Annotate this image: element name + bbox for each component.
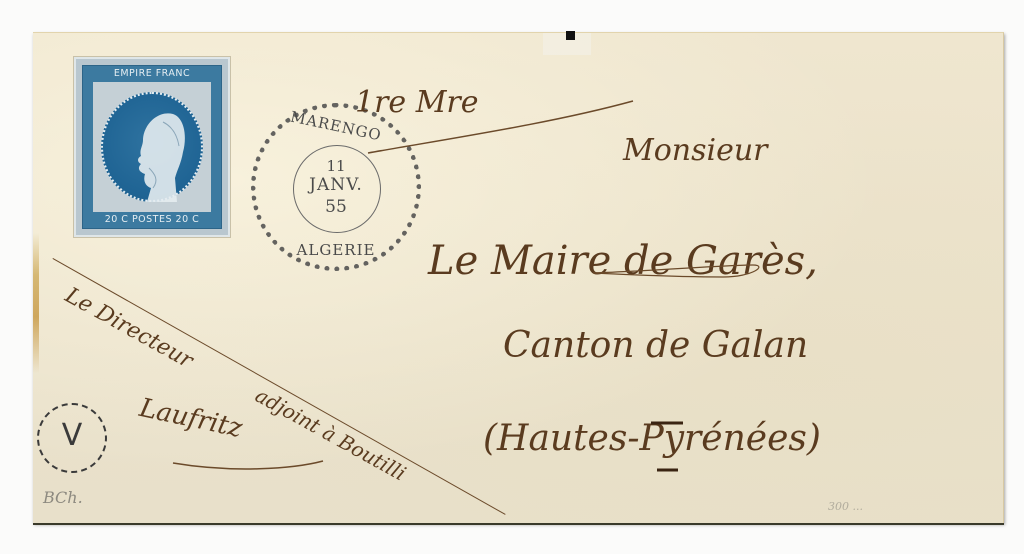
pen-flourishes [33,33,1003,523]
postal-cover: EMPIRE FRANC 20 C POSTES 20 C MARENGO 11… [33,32,1004,523]
